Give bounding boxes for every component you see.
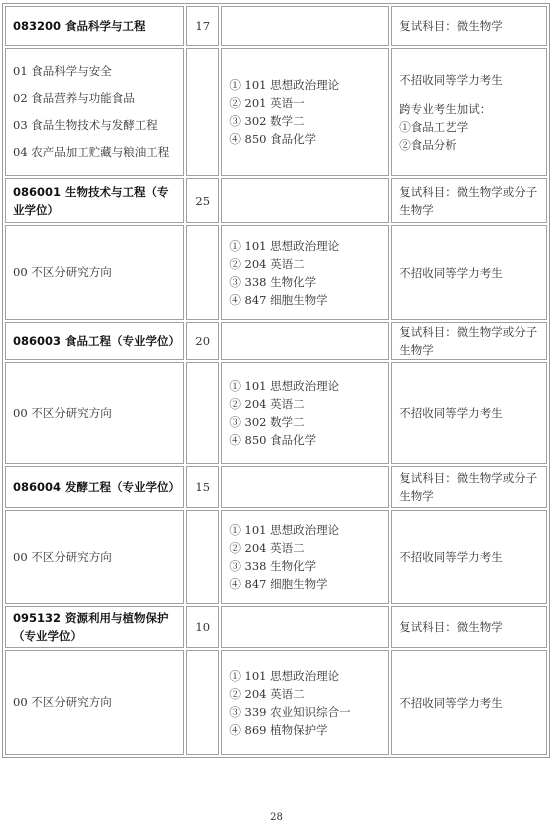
- direction-item: 04 农产品加工贮藏与粮油工程: [13, 139, 176, 166]
- exam-item: ② 201 英语一: [229, 94, 381, 112]
- note-cell: 复试科目：微生物学: [391, 606, 547, 648]
- exam-item: ③ 338 生物化学: [229, 557, 381, 575]
- exam-cell: [221, 466, 389, 508]
- directions-cell: 00 不区分研究方向: [5, 225, 184, 320]
- exam-item: ② 204 英语二: [229, 255, 381, 273]
- major-row: 086001 生物技术与工程（专业学位） 25 复试科目：微生物学或分子生物学: [5, 178, 547, 223]
- major-title: 086001 生物技术与工程（专业学位）: [13, 185, 169, 217]
- quota-cell: 15: [186, 466, 219, 508]
- note-cell: 复试科目：微生物学或分子生物学: [391, 322, 547, 360]
- exam-item: ② 204 英语二: [229, 395, 381, 413]
- direction-item: 00 不区分研究方向: [13, 689, 176, 716]
- major-name-cell: 083200 食品科学与工程: [5, 6, 184, 46]
- exams-cell: ① 101 思想政治理论 ② 204 英语二 ③ 302 数学二 ④ 850 食…: [221, 362, 389, 464]
- major-row: 083200 食品科学与工程 17 复试科目：微生物学: [5, 6, 547, 46]
- admissions-table: 083200 食品科学与工程 17 复试科目：微生物学 01 食品科学与安全 0…: [2, 3, 550, 758]
- detail-row: 00 不区分研究方向 ① 101 思想政治理论 ② 204 英语二 ③ 339 …: [5, 650, 547, 755]
- directions-cell: 00 不区分研究方向: [5, 362, 184, 464]
- major-row: 095132 资源利用与植物保护（专业学位） 10 复试科目：微生物学: [5, 606, 547, 648]
- exam-item: ③ 339 农业知识综合一: [229, 703, 381, 721]
- direction-item: 01 食品科学与安全: [13, 58, 176, 85]
- note-main: 不招收同等学力考生: [399, 694, 539, 712]
- exam-item: ① 101 思想政治理论: [229, 521, 381, 539]
- direction-item: 02 食品营养与功能食品: [13, 85, 176, 112]
- note-cell: 不招收同等学力考生: [391, 510, 547, 604]
- quota-cell: 10: [186, 606, 219, 648]
- note-extra-item: ①食品工艺学: [399, 118, 539, 136]
- direction-item: 00 不区分研究方向: [13, 400, 176, 427]
- exam-cell: [221, 6, 389, 46]
- note-cell: 不招收同等学力考生: [391, 362, 547, 464]
- exam-item: ① 101 思想政治理论: [229, 76, 381, 94]
- direction-item: 03 食品生物技术与发酵工程: [13, 112, 176, 139]
- direction-item: 00 不区分研究方向: [13, 259, 176, 286]
- exam-cell: [221, 322, 389, 360]
- quota-cell: [186, 48, 219, 176]
- exam-item: ③ 338 生物化学: [229, 273, 381, 291]
- exam-item: ③ 302 数学二: [229, 112, 381, 130]
- exam-item: ② 204 英语二: [229, 685, 381, 703]
- exam-item: ② 204 英语二: [229, 539, 381, 557]
- major-row: 086003 食品工程（专业学位） 20 复试科目：微生物学或分子生物学: [5, 322, 547, 360]
- exam-cell: [221, 606, 389, 648]
- exams-cell: ① 101 思想政治理论 ② 204 英语二 ③ 338 生物化学 ④ 847 …: [221, 225, 389, 320]
- quota-cell: 25: [186, 178, 219, 223]
- exam-item: ① 101 思想政治理论: [229, 377, 381, 395]
- spacer: [399, 89, 539, 100]
- exam-item: ④ 869 植物保护学: [229, 721, 381, 739]
- major-title: 095132 资源利用与植物保护（专业学位）: [13, 611, 169, 643]
- major-name-cell: 086003 食品工程（专业学位）: [5, 322, 184, 360]
- note-main: 不招收同等学力考生: [399, 71, 539, 89]
- major-name-cell: 095132 资源利用与植物保护（专业学位）: [5, 606, 184, 648]
- exams-cell: ① 101 思想政治理论 ② 204 英语二 ③ 338 生物化学 ④ 847 …: [221, 510, 389, 604]
- major-title: 086004 发酵工程（专业学位）: [13, 480, 180, 494]
- exams-cell: ① 101 思想政治理论 ② 201 英语一 ③ 302 数学二 ④ 850 食…: [221, 48, 389, 176]
- note-main: 不招收同等学力考生: [399, 548, 539, 566]
- note-cell: 复试科目：微生物学或分子生物学: [391, 178, 547, 223]
- directions-cell: 01 食品科学与安全 02 食品营养与功能食品 03 食品生物技术与发酵工程 0…: [5, 48, 184, 176]
- note-extra-item: ②食品分析: [399, 136, 539, 154]
- detail-row: 00 不区分研究方向 ① 101 思想政治理论 ② 204 英语二 ③ 338 …: [5, 510, 547, 604]
- exam-item: ④ 850 食品化学: [229, 431, 381, 449]
- major-row: 086004 发酵工程（专业学位） 15 复试科目：微生物学或分子生物学: [5, 466, 547, 508]
- note-cell: 复试科目：微生物学: [391, 6, 547, 46]
- quota-cell: [186, 650, 219, 755]
- detail-row: 00 不区分研究方向 ① 101 思想政治理论 ② 204 英语二 ③ 302 …: [5, 362, 547, 464]
- exam-item: ④ 847 细胞生物学: [229, 575, 381, 593]
- detail-row: 00 不区分研究方向 ① 101 思想政治理论 ② 204 英语二 ③ 338 …: [5, 225, 547, 320]
- quota-cell: [186, 362, 219, 464]
- major-title: 083200 食品科学与工程: [13, 19, 146, 33]
- major-name-cell: 086004 发酵工程（专业学位）: [5, 466, 184, 508]
- quota-cell: [186, 510, 219, 604]
- direction-item: 00 不区分研究方向: [13, 544, 176, 571]
- note-cell: 不招收同等学力考生 跨专业考生加试： ①食品工艺学 ②食品分析: [391, 48, 547, 176]
- note-cell: 不招收同等学力考生: [391, 650, 547, 755]
- exam-item: ④ 850 食品化学: [229, 130, 381, 148]
- exam-item: ④ 847 细胞生物学: [229, 291, 381, 309]
- note-main: 不招收同等学力考生: [399, 264, 539, 282]
- note-cell: 不招收同等学力考生: [391, 225, 547, 320]
- exam-item: ③ 302 数学二: [229, 413, 381, 431]
- major-title: 086003 食品工程（专业学位）: [13, 334, 180, 348]
- detail-row: 01 食品科学与安全 02 食品营养与功能食品 03 食品生物技术与发酵工程 0…: [5, 48, 547, 176]
- note-cell: 复试科目：微生物学或分子生物学: [391, 466, 547, 508]
- page-number: 28: [0, 812, 553, 823]
- exam-cell: [221, 178, 389, 223]
- quota-cell: [186, 225, 219, 320]
- exam-item: ① 101 思想政治理论: [229, 237, 381, 255]
- exams-cell: ① 101 思想政治理论 ② 204 英语二 ③ 339 农业知识综合一 ④ 8…: [221, 650, 389, 755]
- directions-cell: 00 不区分研究方向: [5, 510, 184, 604]
- note-extra-title: 跨专业考生加试：: [399, 100, 539, 118]
- quota-cell: 17: [186, 6, 219, 46]
- directions-cell: 00 不区分研究方向: [5, 650, 184, 755]
- exam-item: ① 101 思想政治理论: [229, 667, 381, 685]
- note-main: 不招收同等学力考生: [399, 404, 539, 422]
- quota-cell: 20: [186, 322, 219, 360]
- major-name-cell: 086001 生物技术与工程（专业学位）: [5, 178, 184, 223]
